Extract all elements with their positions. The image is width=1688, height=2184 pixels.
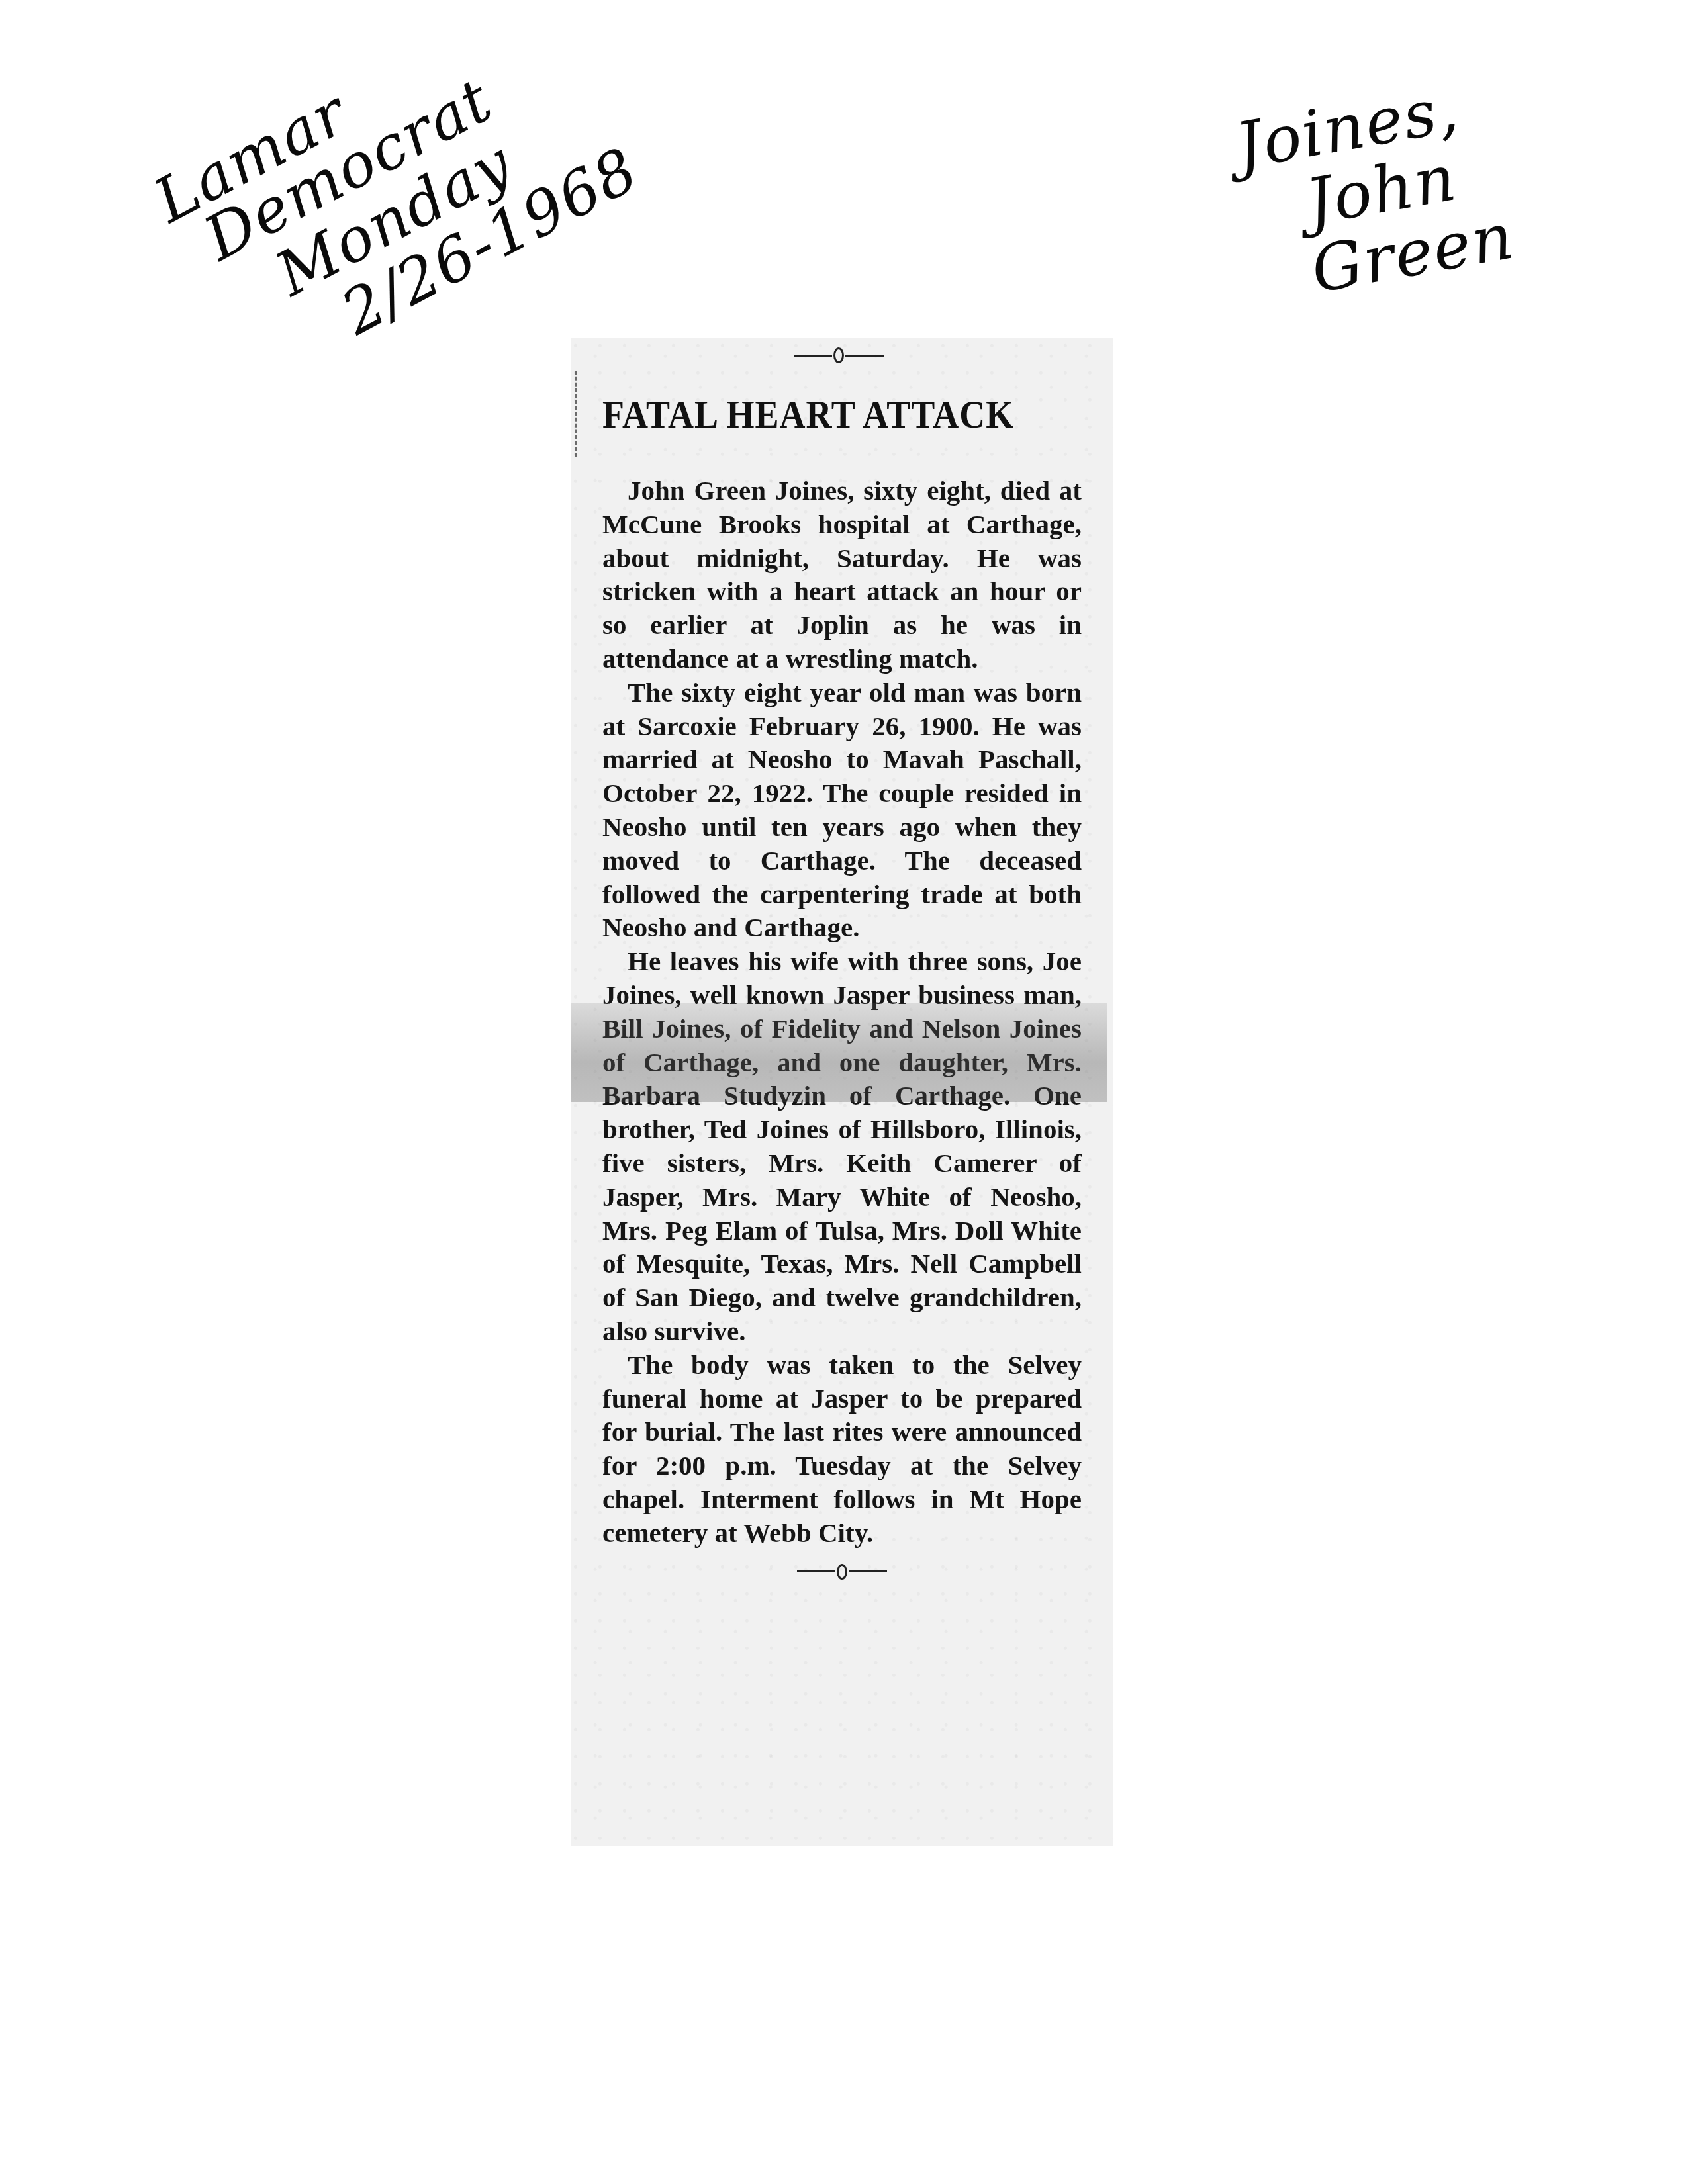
divider-rule-left (797, 1570, 835, 1572)
article-headline: FATAL HEART ATTACK (602, 392, 1082, 437)
article-paragraph: John Green Joines, sixty eight, died at … (602, 474, 1082, 676)
handwritten-name-note: Joines, John Green (1231, 68, 1546, 350)
top-divider (596, 345, 1082, 365)
article-paragraph: He leaves his wife with three sons, Joe … (602, 944, 1082, 1348)
article-paragraph: The body was taken to the Selvey funeral… (602, 1348, 1082, 1550)
bottom-divider (602, 1562, 1082, 1582)
article-body: John Green Joines, sixty eight, died at … (602, 474, 1082, 1550)
divider-rule-right (845, 355, 884, 357)
clipping-edge-marks (575, 371, 579, 457)
divider-ornament-icon (837, 1564, 847, 1580)
article-paragraph: The sixty eight year old man was born at… (602, 676, 1082, 944)
divider-ornament-icon (833, 347, 844, 363)
divider-rule-right (849, 1570, 887, 1572)
newspaper-clipping: FATAL HEART ATTACK John Green Joines, si… (571, 338, 1113, 1846)
handwritten-source-note: Lamar Democrat Monday 2/26-1968 (146, 0, 639, 424)
divider-rule-left (794, 355, 832, 357)
